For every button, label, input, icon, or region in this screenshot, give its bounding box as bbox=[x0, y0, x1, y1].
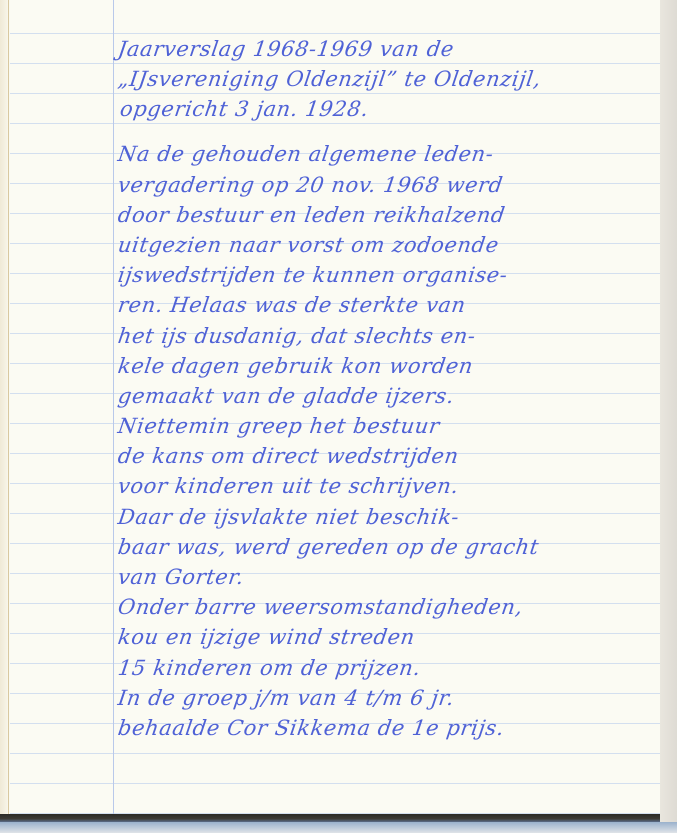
handwritten-text: Jaarverslag 1968-1969 van de „IJsverenig… bbox=[116, 34, 661, 743]
heading-line-2: „IJsvereniging Oldenzijl” te Oldenzijl, bbox=[116, 64, 661, 94]
page-edge-shadow bbox=[660, 0, 677, 822]
margin-line bbox=[113, 0, 114, 814]
body-line: kele dagen gebruik kon worden bbox=[116, 351, 661, 381]
notebook-page: Jaarverslag 1968-1969 van de „IJsverenig… bbox=[0, 0, 661, 814]
body-line: de kans om direct wedstrijden bbox=[116, 441, 661, 471]
body-line: ijswedstrijden te kunnen organise- bbox=[116, 260, 661, 290]
body-line: 15 kinderen om de prijzen. bbox=[116, 653, 661, 683]
body-line: Onder barre weersomstandigheden, bbox=[116, 592, 661, 622]
body-line: Niettemin greep het bestuur bbox=[116, 411, 661, 441]
heading-line-1: Jaarverslag 1968-1969 van de bbox=[116, 34, 661, 64]
body-line: van Gorter. bbox=[116, 562, 661, 592]
body-line: gemaakt van de gladde ijzers. bbox=[116, 381, 661, 411]
body-line: kou en ijzige wind streden bbox=[116, 622, 661, 652]
body-line: Na de gehouden algemene leden- bbox=[116, 139, 661, 169]
body-line: behaalde Cor Sikkema de 1e prijs. bbox=[116, 713, 661, 743]
body-line: In de groep j/m van 4 t/m 6 jr. bbox=[116, 683, 661, 713]
body-line: Daar de ijsvlakte niet beschik- bbox=[116, 502, 661, 532]
body-line: baar was, werd gereden op de gracht bbox=[116, 532, 661, 562]
body-line: het ijs dusdanig, dat slechts en- bbox=[116, 321, 661, 351]
body-line: uitgezien naar vorst om zodoende bbox=[116, 230, 661, 260]
notebook-cover-edge bbox=[0, 814, 660, 822]
spine-fold bbox=[8, 0, 9, 814]
body-line: ren. Helaas was de sterkte van bbox=[116, 290, 661, 320]
body-line: vergadering op 20 nov. 1968 werd bbox=[116, 170, 661, 200]
body-line: door bestuur en leden reikhalzend bbox=[116, 200, 661, 230]
body-line: voor kinderen uit te schrijven. bbox=[116, 471, 661, 501]
heading-line-3: opgericht 3 jan. 1928. bbox=[116, 94, 661, 139]
scan-bottom-shadow bbox=[0, 822, 677, 833]
